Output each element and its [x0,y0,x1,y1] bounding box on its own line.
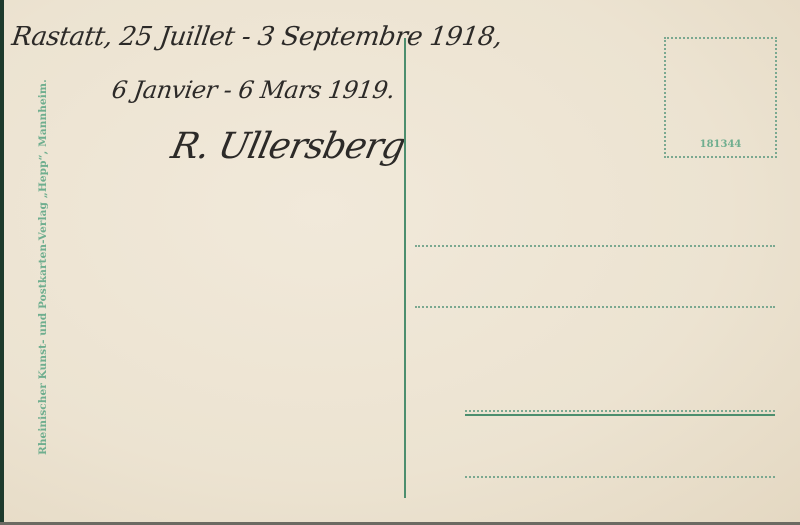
stamp-placement-box: 181344 [664,37,777,158]
postcard: Rastatt, 25 Juillet - 3 Septembre 1918, … [0,0,800,525]
center-divider-line [404,38,406,498]
card-edge-left [0,0,4,525]
address-line-1 [415,245,775,247]
address-line-4 [465,476,775,478]
handwritten-signature: R. Ullersberg [168,126,409,167]
publisher-imprint: Rheinischer Kunst- und Postkarten-Verlag… [37,79,49,455]
card-serial-number: 181344 [666,139,775,150]
handwriting-line-1: Rastatt, 25 Juillet - 3 Septembre 1918, [10,22,504,52]
address-line-3 [465,410,775,416]
handwriting-line-2: 6 Janvier - 6 Mars 1919. [110,76,396,104]
address-line-2 [415,306,775,308]
